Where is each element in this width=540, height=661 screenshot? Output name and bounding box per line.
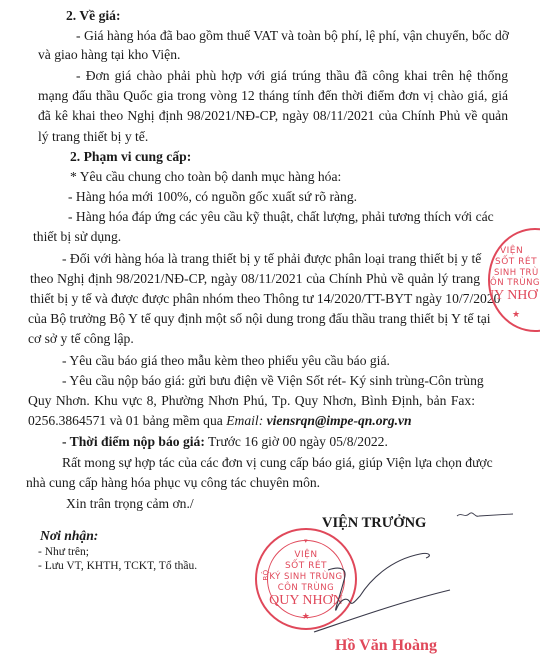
closing-line-1: Rất mong sự hợp tác của các đơn vị cung …	[62, 454, 480, 471]
deadline-label: - Thời điểm nộp báo giá:	[62, 434, 205, 449]
edge-stamp-line-4: ÔN TRÙNG	[490, 278, 540, 288]
section-heading-price: 2. Về giá:	[66, 7, 121, 24]
signer-name: Hồ Văn Hoàng	[335, 637, 437, 654]
scope-medical-line-2: theo Nghị định 98/2021/NĐ-CP, ngày 08/11…	[30, 270, 480, 287]
edge-stamp-top: VIỆN	[500, 246, 540, 256]
scope-medical-line-3: thiết bị y tế và được được phân nhóm the…	[30, 290, 480, 307]
scope-submit-line-3: 0256.3864571 và 01 bảng mềm qua Email: v…	[28, 412, 412, 429]
price-paragraph-2-line-3: đã kê khai theo Nghị định 98/2021/NĐ-CP,…	[38, 107, 508, 124]
price-paragraph-2-line-2: mạng đấu thầu Quốc gia trong vòng 12 thá…	[38, 87, 508, 104]
email-label: Email:	[226, 413, 266, 428]
price-paragraph-1-line-1: - Giá hàng hóa đã bao gồm thuế VAT và to…	[76, 27, 509, 44]
section-heading-scope: 2. Phạm vi cung cấp:	[70, 148, 191, 165]
recipient-item: - Như trên;	[38, 545, 89, 559]
email-address: viensrqn@impe-qn.org.vn	[267, 413, 412, 428]
closing-line-2: nhà cung cấp hàng hóa phục vụ công tác c…	[26, 474, 320, 491]
handwritten-signature	[310, 540, 470, 640]
scope-requirement-technical-line-2: thiết bị sử dụng.	[33, 228, 121, 245]
price-paragraph-2-line-1: - Đơn giá chào phải phù hợp với giá trún…	[76, 67, 508, 84]
scope-quote-form: - Yêu cầu báo giá theo mẫu kèm theo phiế…	[62, 352, 390, 369]
edge-stamp-line-2: SỐT RÉT	[495, 257, 540, 267]
scope-submit-line-1: - Yêu cầu nộp báo giá: gửi bưu điện về V…	[62, 372, 475, 389]
scope-submit-line-2: Quy Nhơn. Khu vực 8, Phường Nhơn Phú, Tp…	[28, 392, 475, 409]
submit-line-3-text: 0256.3864571 và 01 bảng mềm qua	[28, 413, 226, 428]
stamp-text-side: BỘ	[261, 486, 271, 661]
scope-requirement-new: - Hàng hóa mới 100%, có nguồn gốc xuất s…	[68, 188, 357, 205]
signer-title: VIỆN TRƯỞNG	[322, 515, 426, 532]
scope-medical-line-4: của Bộ trưởng Bộ Y tế quy định một số nộ…	[28, 310, 480, 327]
scope-medical-line-1: - Đối với hàng hóa là trang thiết bị y t…	[62, 250, 480, 267]
scope-general-requirement: * Yêu cầu chung cho toàn bộ danh mục hàn…	[70, 168, 341, 185]
scope-requirement-technical-line-1: - Hàng hóa đáp ứng các yêu cầu kỹ thuật,…	[68, 208, 478, 225]
edge-stamp-line-3: SINH TRÙ	[494, 268, 540, 278]
price-paragraph-1-line-2: và giao hàng tại kho Viện.	[38, 46, 180, 63]
deadline-line: - Thời điểm nộp báo giá: Trước 16 giờ 00…	[62, 433, 388, 450]
initials-mark	[455, 508, 515, 526]
thanks-line: Xin trân trọng cảm ơn./	[66, 495, 194, 512]
price-paragraph-2-line-4: lý trang thiết bị y tế.	[38, 128, 148, 145]
page-edge-stamp: VIỆN SỐT RÉT SINH TRÙ ÔN TRÙNG UY NHƠ ★	[488, 228, 540, 332]
scope-medical-line-5: cơ sở y tế công lập.	[28, 330, 134, 347]
recipient-item: - Lưu VT, KHTH, TCKT, Tổ thầu.	[38, 559, 197, 573]
edge-stamp-star-icon: ★	[512, 310, 540, 320]
deadline-value: Trước 16 giờ 00 ngày 05/8/2022.	[205, 434, 388, 449]
edge-stamp-city: UY NHƠ	[488, 288, 540, 303]
recipients-heading: Nơi nhận:	[40, 527, 98, 544]
